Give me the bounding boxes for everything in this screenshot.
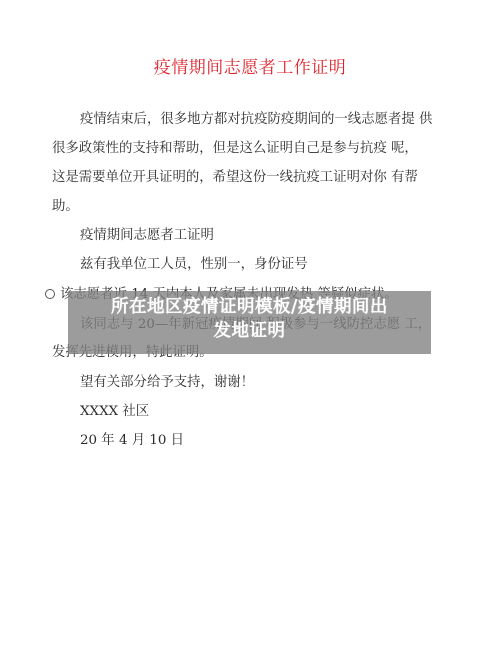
thanks-line: 望有关部分给予支持，谢谢！ xyxy=(80,374,254,392)
intro-line-2: 很多政策性的支持和帮助，但是这么证明自己是参与抗疫 呢， xyxy=(52,140,418,158)
intro-line-3: 这是需要单位开具证明的，希望这份一线抗疫工证明对你 有帮 xyxy=(52,169,418,187)
document-title: 疫情期间志愿者工作证明 xyxy=(0,56,500,80)
intro-line-4: 助。 xyxy=(52,198,79,216)
date-line: 20 年 4 月 10 日 xyxy=(80,432,184,450)
document-page: 疫情期间志愿者工作证明 疫情结束后，很多地方都对抗疫防疫期间的一线志愿者提 供 … xyxy=(0,0,500,646)
certificate-identity-line: 兹有我单位工人员，性别一，身份证号 xyxy=(80,256,308,274)
bullet-circle-icon xyxy=(45,289,55,299)
overlay-banner-line-1: 所在地区疫情证明模板/疫情期间出 xyxy=(68,295,431,319)
certificate-heading: 疫情期间志愿者工证明 xyxy=(80,227,214,245)
signature-line: XXXX 社区 xyxy=(80,403,149,421)
overlay-banner-line-2: 发地证明 xyxy=(68,319,431,343)
intro-line-1: 疫情结束后，很多地方都对抗疫防疫期间的一线志愿者提 供 xyxy=(80,111,432,129)
overlay-banner-title: 所在地区疫情证明模板/疫情期间出 发地证明 xyxy=(68,295,431,343)
